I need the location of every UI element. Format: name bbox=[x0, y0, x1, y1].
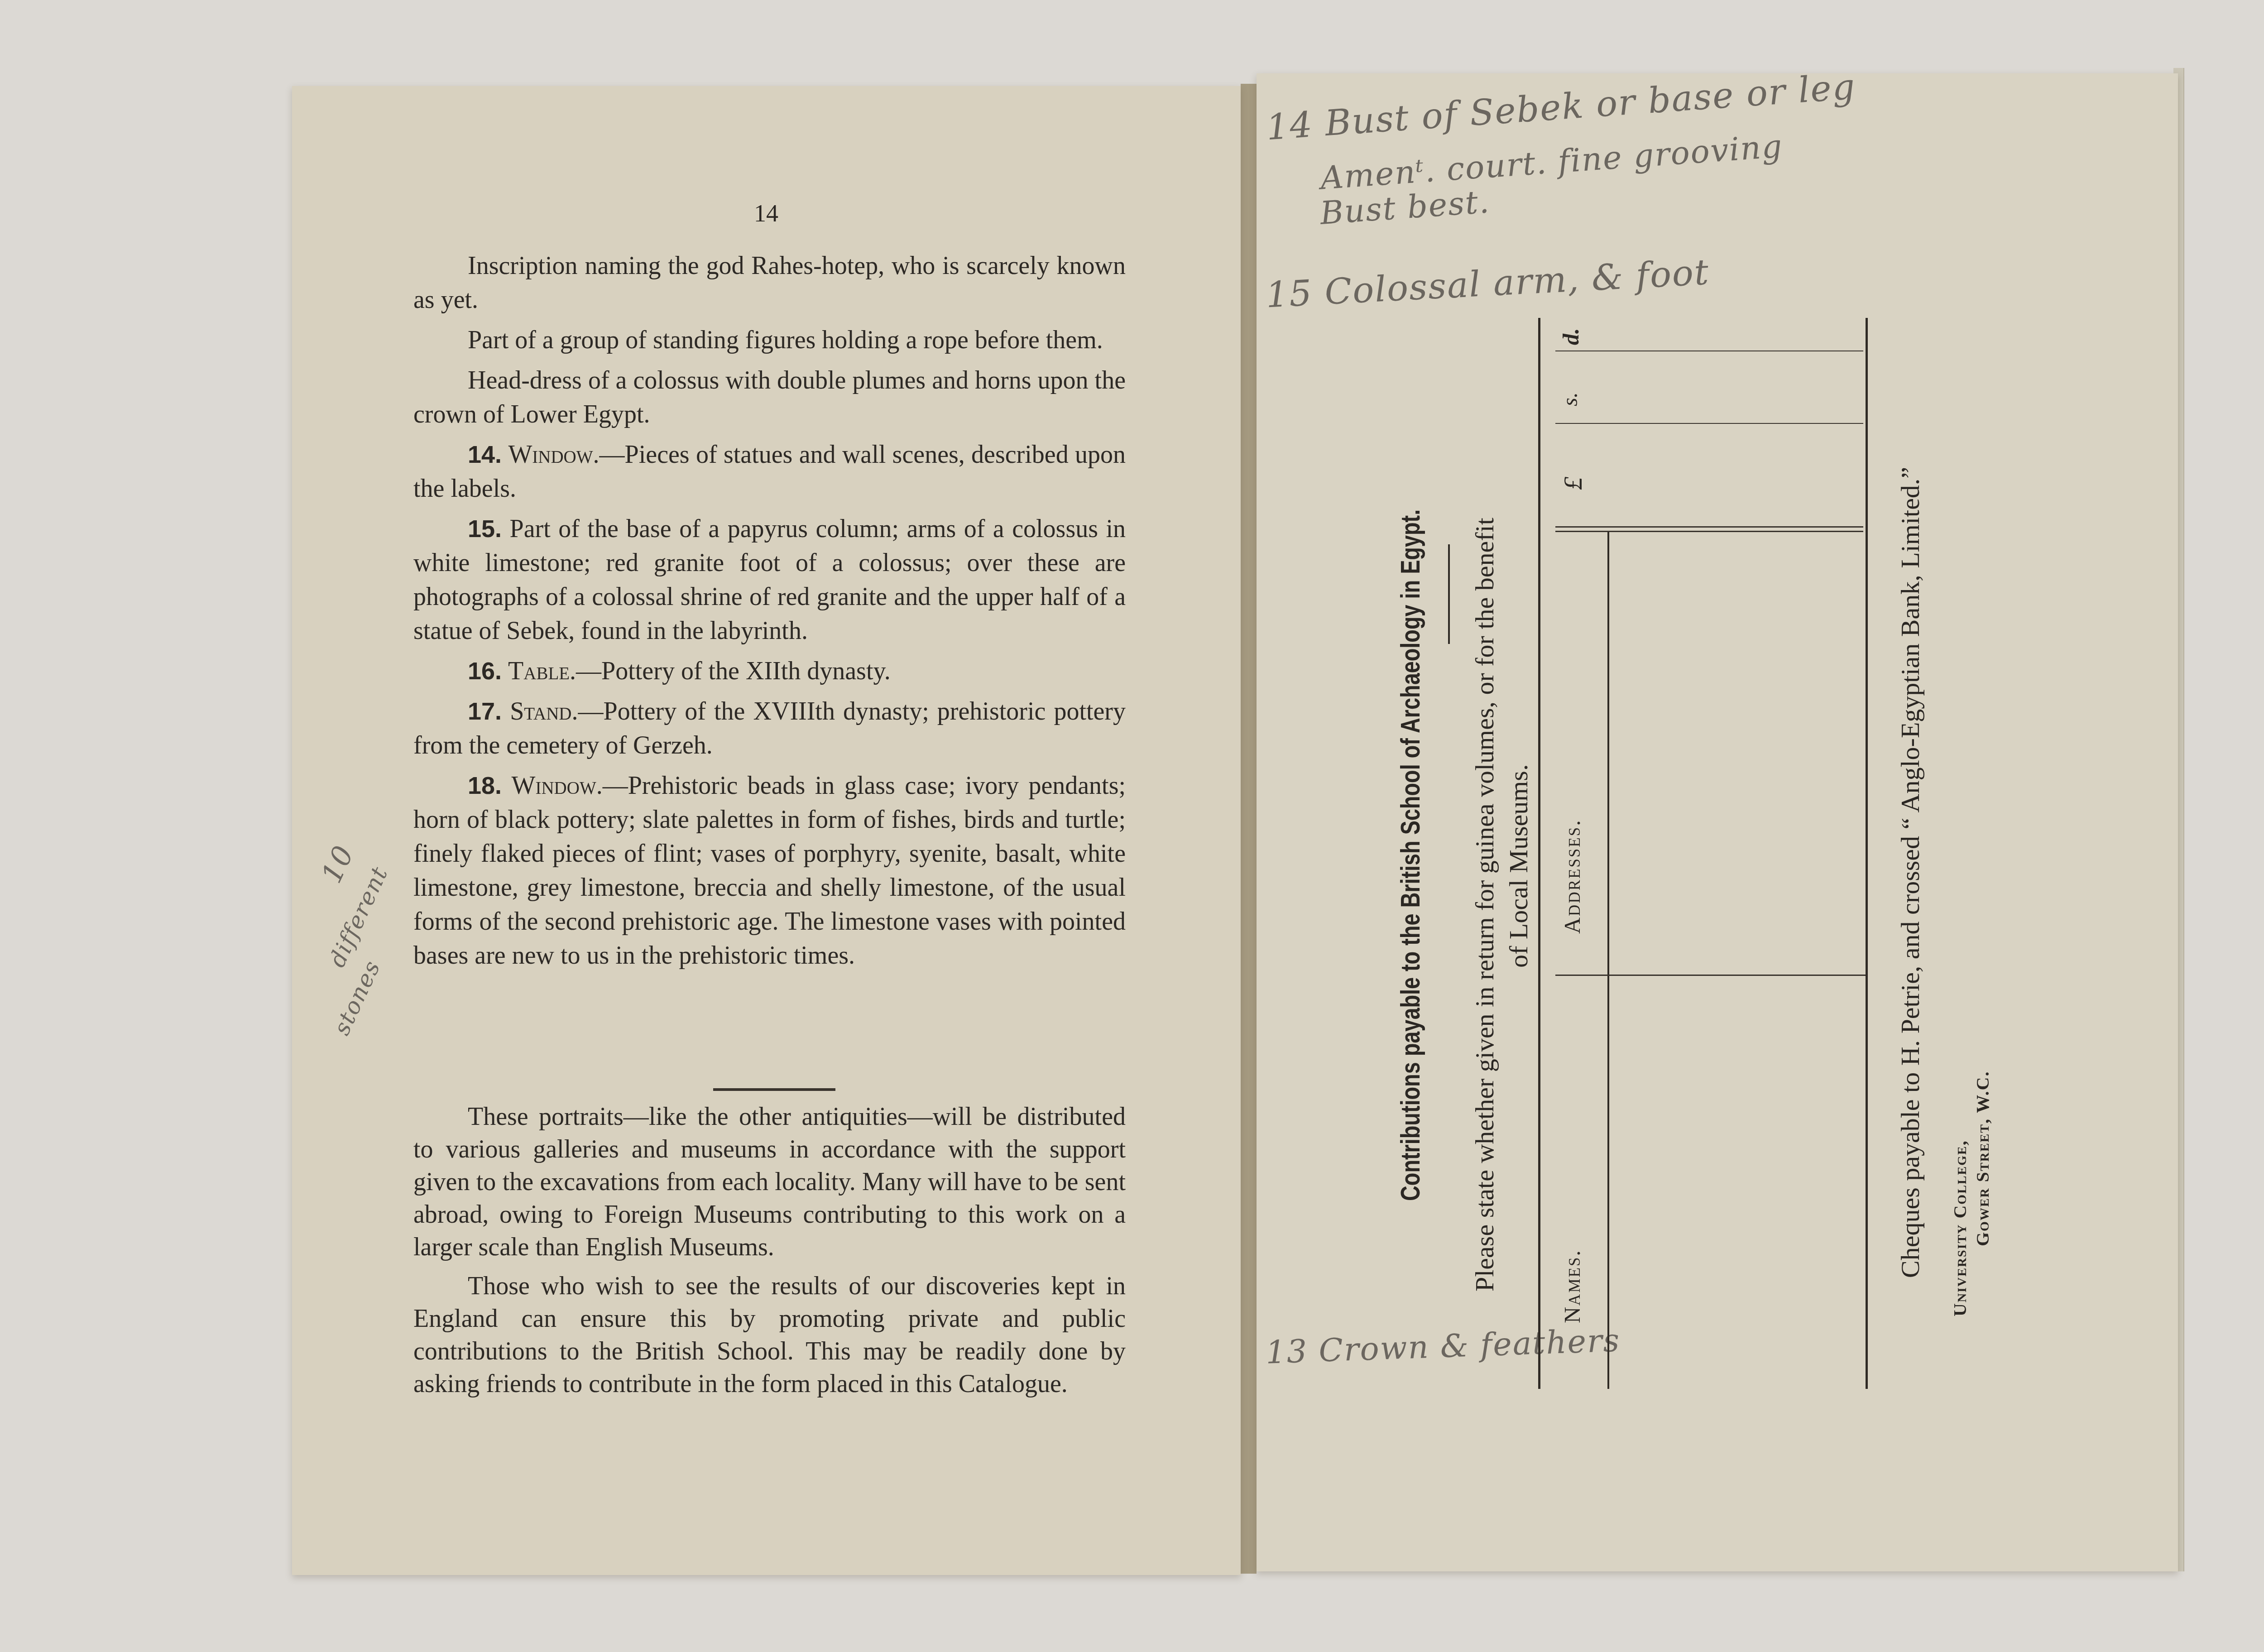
address-line-1: University College, bbox=[1949, 1140, 1971, 1316]
table-header-rule bbox=[1555, 531, 1863, 532]
item-heading: Table. bbox=[508, 657, 576, 685]
item-number: 15. bbox=[468, 515, 502, 543]
item-number: 16. bbox=[468, 658, 502, 685]
paragraph: Those who wish to see the results of our… bbox=[413, 1270, 1126, 1400]
table-names-divider bbox=[1607, 531, 1609, 1389]
catalogue-item-17: 17. Stand.—Pottery of the XVIIIth dynast… bbox=[413, 695, 1126, 763]
item-text: Part of the base of a papyrus column; ar… bbox=[413, 515, 1126, 645]
table-right-border bbox=[1866, 318, 1868, 1389]
catalogue-item-16: 16. Table.—Pottery of the XIIth dynasty. bbox=[413, 654, 1126, 688]
paragraph: These portraits—like the other antiquiti… bbox=[413, 1100, 1126, 1263]
column-header-addresses: Addresses. bbox=[1559, 819, 1585, 934]
column-header-shillings: s. bbox=[1558, 392, 1583, 406]
column-header-names: Names. bbox=[1559, 1249, 1585, 1323]
paragraph: Head-dress of a colossus with double plu… bbox=[413, 364, 1126, 432]
item-heading: Window. bbox=[508, 441, 599, 469]
cheques-note: Cheques payable to H. Petrie, and crosse… bbox=[1895, 467, 1925, 1278]
handwritten-note-13: 13 Crown & feathers bbox=[1265, 1321, 1621, 1371]
paragraph: Inscription naming the god Rahes-hotep, … bbox=[413, 249, 1126, 317]
form-instruction-cont: of Local Museums. bbox=[1503, 764, 1534, 968]
form-title: Contributions payable to the British Sch… bbox=[1395, 509, 1426, 1201]
form-instruction: Please state whether given in return for… bbox=[1469, 518, 1500, 1292]
item-text: —Prehistoric beads in glass case; ivory … bbox=[413, 772, 1126, 970]
item-number: 17. bbox=[468, 698, 502, 725]
margin-note-line: stones bbox=[328, 956, 386, 1039]
handwritten-note-15: 15 Colossal arm, & foot bbox=[1265, 252, 1710, 316]
item-heading: Window. bbox=[512, 772, 603, 800]
column-header-pounds: £ bbox=[1558, 477, 1588, 490]
names-addresses-rule bbox=[1555, 975, 1866, 976]
page-number: 14 bbox=[754, 199, 778, 227]
catalogue-item-14: 14. Window.—Pieces of statues and wall s… bbox=[413, 438, 1126, 506]
item-text: —Pottery of the XIIth dynasty. bbox=[576, 657, 891, 685]
catalogue-item-15: 15. Part of the base of a papyrus column… bbox=[413, 512, 1126, 648]
book-gutter bbox=[1241, 84, 1257, 1574]
address-line-2: Gower Street, W.C. bbox=[1972, 1071, 1993, 1246]
table-left-border bbox=[1538, 318, 1540, 1389]
margin-note-line: 10 bbox=[315, 840, 360, 888]
column-header-pence: d. bbox=[1558, 328, 1584, 346]
catalogue-item-18: 18. Window.—Prehistoric beads in glass c… bbox=[413, 769, 1126, 973]
paragraph: Part of a group of standing figures hold… bbox=[413, 323, 1126, 357]
money-col-rule bbox=[1555, 351, 1863, 351]
handwritten-margin-note: stones bbox=[328, 956, 386, 1039]
right-page: 14 Bust of Sebek or base or leg Amenᵗ. c… bbox=[1257, 73, 2178, 1571]
handwritten-margin-note: 10 bbox=[315, 840, 360, 888]
title-divider bbox=[1448, 544, 1450, 644]
section-divider bbox=[713, 1088, 835, 1091]
item-number: 18. bbox=[468, 772, 502, 799]
left-page: 14 Inscription naming the god Rahes-hote… bbox=[292, 86, 1241, 1575]
closing-text: These portraits—like the other antiquiti… bbox=[413, 1100, 1126, 1407]
money-col-rule bbox=[1555, 423, 1863, 424]
table-header-rule bbox=[1555, 526, 1863, 528]
item-heading: Stand. bbox=[510, 697, 578, 725]
item-number: 14. bbox=[468, 441, 502, 468]
left-page-body: Inscription naming the god Rahes-hotep, … bbox=[413, 249, 1126, 979]
